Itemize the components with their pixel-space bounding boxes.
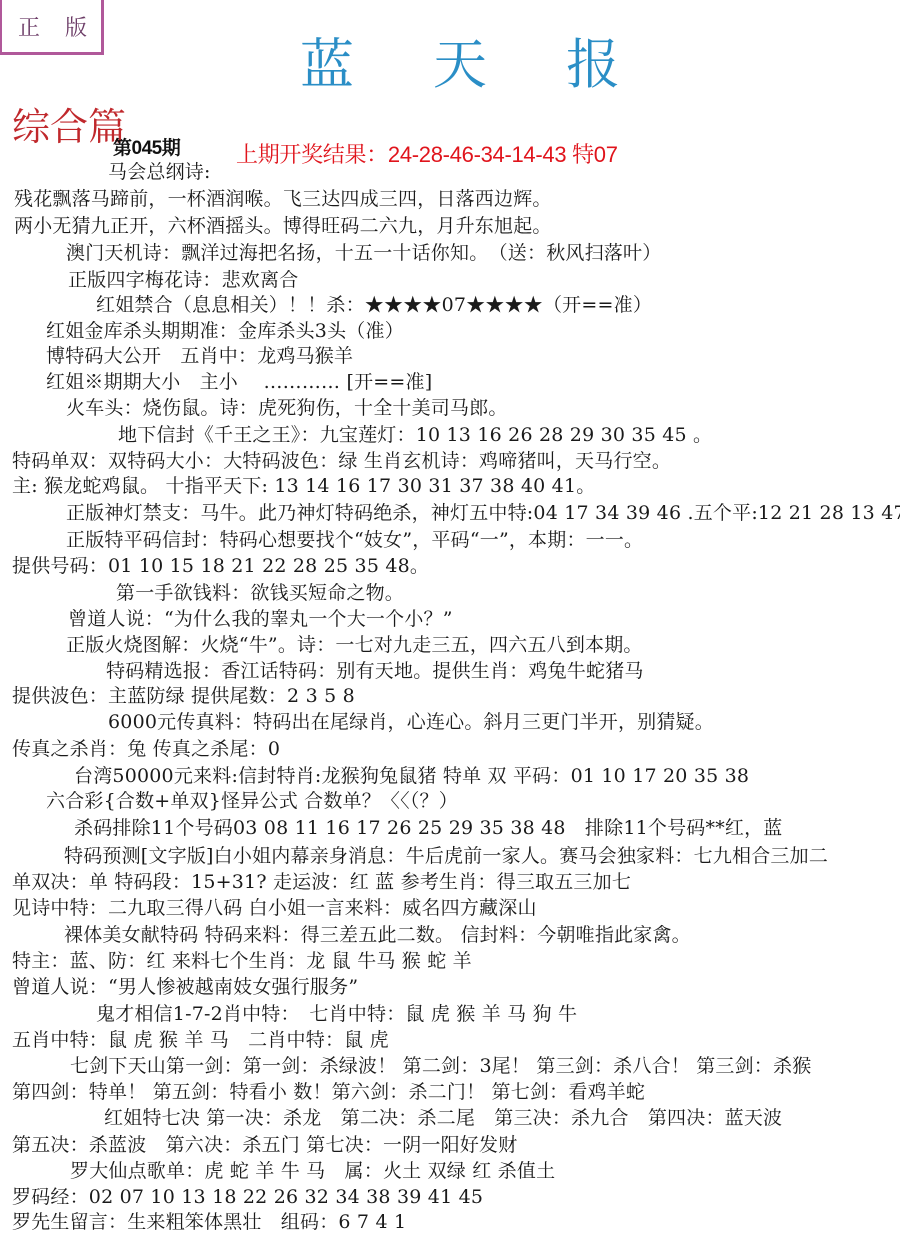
text-line: 马会总纲诗: — [108, 160, 211, 184]
text-line: 特码单双：双特码大小：大特码波色：绿 生肖玄机诗：鸡啼猪叫，天马行空。 — [12, 449, 671, 473]
text-line: 6000元传真料：特码出在尾绿肖，心连心。斜月三更门半开，别猜疑。 — [108, 710, 714, 734]
text-line: 六合彩{合数+单双}怪异公式 合数单？〈〈（？） — [46, 789, 458, 813]
issue-number: 第045期 — [113, 133, 180, 160]
section-title: 综合篇 — [12, 96, 126, 151]
text-line: 裸体美女献特码 特码来料：得三差五此二数。 信封料：今朝唯指此家禽。 — [64, 923, 691, 947]
masthead-char-3: 报 — [566, 22, 620, 99]
text-line: 第四剑：特单！ 第五剑：特看小 数！第六剑：杀二门！ 第七剑：看鸡羊蛇 — [12, 1080, 645, 1104]
text-line: 曾道人说：“男人惨被越南妓女强行服务” — [12, 975, 358, 999]
text-line: 罗码经：02 07 10 13 18 22 26 32 34 38 39 41 … — [12, 1185, 483, 1209]
text-line: 正版神灯禁支：马牛。此乃神灯特码绝杀，神灯五中特:04 17 34 39 46 … — [66, 501, 900, 525]
text-line: 罗先生留言：生来粗笨体黑壮 组码：6 7 4 1 — [12, 1210, 406, 1234]
text-line: 杀码排除11个号码03 08 11 16 17 26 25 29 35 38 4… — [74, 816, 783, 840]
text-line: 红姐特七决 第一决：杀龙 第二决：杀二尾 第三决：杀九合 第四决：蓝天波 — [104, 1106, 782, 1130]
text-line: 传真之杀肖：兔 传真之杀尾：0 — [12, 737, 280, 761]
masthead-char-1: 蓝 — [300, 22, 354, 99]
text-line: 主: 猴龙蛇鸡鼠。 十指平天下: 13 14 16 17 30 31 37 38… — [12, 474, 595, 498]
text-line: 特码预测[文字版]白小姐内幕亲身消息：牛后虎前一家人。赛马会独家料：七九相合三加… — [64, 844, 828, 868]
text-line: 博特码大公开 五肖中：龙鸡马猴羊 — [46, 344, 353, 368]
text-line: 鬼才相信1-7-2肖中特： 七肖中特：鼠 虎 猴 羊 马 狗 牛 — [96, 1002, 577, 1026]
authentic-stamp: 正 版 — [0, 0, 104, 55]
text-line: 红姐禁合（息息相关）！！杀：★★★★07★★★★（开==准） — [96, 293, 652, 317]
text-line: 两小无猜九正开，六杯酒摇头。博得旺码二六九，月升东旭起。 — [14, 214, 552, 238]
text-line: 第一手欲钱料：欲钱买短命之物。 — [116, 581, 404, 605]
stamp-right-char: 版 — [65, 11, 87, 42]
text-line: 见诗中特：二九取三得八码 白小姐一言来料：威名四方藏深山 — [12, 896, 537, 920]
text-line: 单双决：单 特码段：15+31? 走运波：红 蓝 参考生肖：得三取五三加七 — [12, 870, 631, 894]
masthead-char-2: 天 — [433, 22, 487, 99]
text-line: 台湾50000元来料:信封特肖:龙猴狗兔鼠猪 特单 双 平码：01 10 17 … — [74, 764, 749, 788]
text-line: 第五决：杀蓝波 第六决：杀五门 第七决：一阴一阳好发财 — [12, 1133, 517, 1157]
text-line: 五肖中特：鼠 虎 猴 羊 马 二肖中特：鼠 虎 — [12, 1028, 389, 1052]
text-line: 正版火烧图解：火烧“牛”。诗：一七对九走三五，四六五八到本期。 — [66, 633, 643, 657]
text-line: 正版四字梅花诗：悲欢离合 — [68, 268, 298, 292]
text-line: 曾道人说：“为什么我的睾丸一个大一个小？” — [68, 607, 453, 631]
text-line: 火车头：烧伤鼠。诗：虎死狗伤，十全十美司马郎。 — [66, 396, 508, 420]
text-line: 提供号码：01 10 15 18 21 22 28 25 35 48。 — [12, 554, 429, 578]
masthead-title: 蓝 天 报 — [300, 22, 620, 99]
text-line: 澳门天机诗：飘洋过海把名扬，十五一十话你知。 （送：秋风扫落叶） — [66, 241, 661, 265]
text-line: 七剑下天山第一剑：第一剑：杀绿波！ 第二剑：3尾！ 第三剑：杀八合！ 第三剑：杀… — [70, 1054, 811, 1078]
text-line: 地下信封《千王之王》：九宝莲灯：10 13 16 26 28 29 30 35 … — [118, 423, 712, 447]
text-line: 特主：蓝、防：红 来料七个生肖：龙 鼠 牛马 猴 蛇 羊 — [12, 949, 472, 973]
text-line: 正版特平码信封：特码心想要找个“妓女”，平码“一”，本期：一一。 — [66, 528, 643, 552]
text-line: 特码精选报：香江话特码：别有天地。提供生肖：鸡兔牛蛇猪马 — [106, 659, 644, 683]
text-line: 提供波色：主蓝防绿 提供尾数：2 3 5 8 — [12, 684, 355, 708]
text-line: 红姐※期期大小 主小 ………… [开==准] — [46, 370, 432, 394]
text-line: 红姐金库杀头期期准：金库杀头3头（准） — [46, 319, 404, 343]
text-line: 罗大仙点歌单：虎 蛇 羊 牛 马 属：火土 双绿 红 杀值土 — [70, 1159, 555, 1183]
last-draw-result: 上期开奖结果：24-28-46-34-14-43 特07 — [236, 138, 618, 169]
text-line: 残花飘落马蹄前，一杯酒润喉。飞三达四成三四，日落西边辉。 — [14, 187, 552, 211]
stamp-left-char: 正 — [18, 11, 40, 42]
